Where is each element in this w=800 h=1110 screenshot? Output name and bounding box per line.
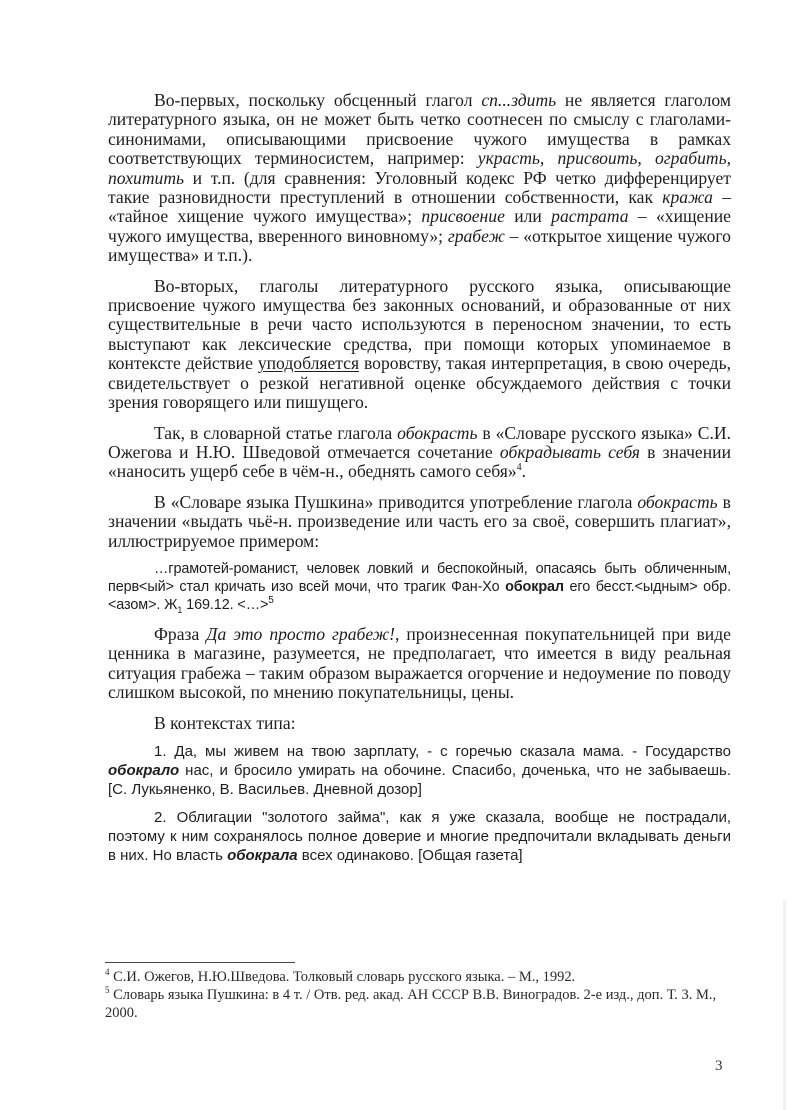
paragraph-5: Фраза Да это просто грабеж!, произнесенн…: [108, 625, 731, 703]
text-run-italic: обокрасть: [397, 423, 477, 443]
paragraph-2: Во-вторых, глаголы литературного русског…: [108, 277, 731, 413]
footnote-5: 5 Словарь языка Пушкина: в 4 т. / Отв. р…: [105, 986, 735, 1022]
example-2: 2. Облигации "золотого займа", как я уже…: [108, 808, 731, 865]
footnote-4: 4 С.И. Ожегов, Н.Ю.Шведова. Толковый сло…: [105, 968, 735, 986]
text-run-italic: обокрасть: [637, 492, 717, 512]
document-page: Во-первых, поскольку обсценный глагол сп…: [0, 0, 800, 1110]
paragraph-3: Так, в словарной статье глагола обокраст…: [108, 424, 731, 482]
text-run-bold-italic: обокрало: [108, 762, 179, 779]
footnotes: 4 С.И. Ожегов, Н.Ю.Шведова. Толковый сло…: [105, 968, 735, 1022]
page-number: 3: [715, 1058, 723, 1075]
text-run-bold: обокрал: [505, 579, 564, 595]
text-run-italic: Да это просто грабеж!: [206, 624, 395, 644]
footnote-separator: [105, 962, 295, 963]
text-run-bold-italic: обокрала: [227, 847, 298, 864]
footnote-text: Словарь языка Пушкина: в 4 т. / Отв. ред…: [105, 987, 716, 1021]
text-run-italic: растрата: [551, 206, 628, 226]
text-run-italic: присвоение: [421, 206, 505, 226]
text-run-underline: уподобляется: [258, 353, 359, 373]
scan-edge-strip: [783, 900, 786, 1110]
text-run-italic: украсть, присвоить, ограбить, похитить: [108, 148, 731, 187]
footnote-mark: 5: [105, 985, 110, 995]
footnote-text: С.И. Ожегов, Н.Ю.Шведова. Толковый слова…: [113, 969, 575, 985]
text-run-italic: кража: [662, 187, 713, 207]
quotation-pushkin: …грамотей-романист, человек ловкий и бес…: [108, 560, 731, 614]
footnote-mark: 4: [105, 967, 110, 977]
text-run-sup: 5: [268, 595, 273, 606]
paragraph-1: Во-первых, поскольку обсценный глагол сп…: [108, 91, 731, 266]
text-run-sup: 4: [517, 462, 522, 473]
text-run-italic: обкрадывать себя: [500, 442, 640, 462]
text-run-italic: грабеж: [448, 226, 505, 246]
body-text: Во-первых, поскольку обсценный глагол сп…: [108, 91, 731, 865]
paragraph-4: В «Словаре языка Пушкина» приводится упо…: [108, 493, 731, 551]
paragraph-6: В контекстах типа:: [108, 714, 731, 733]
example-1: 1. Да, мы живем на твою зарплату, - с го…: [108, 742, 731, 799]
text-run-italic: сп...здить: [481, 90, 556, 110]
text-run-sub: 1: [177, 605, 182, 615]
